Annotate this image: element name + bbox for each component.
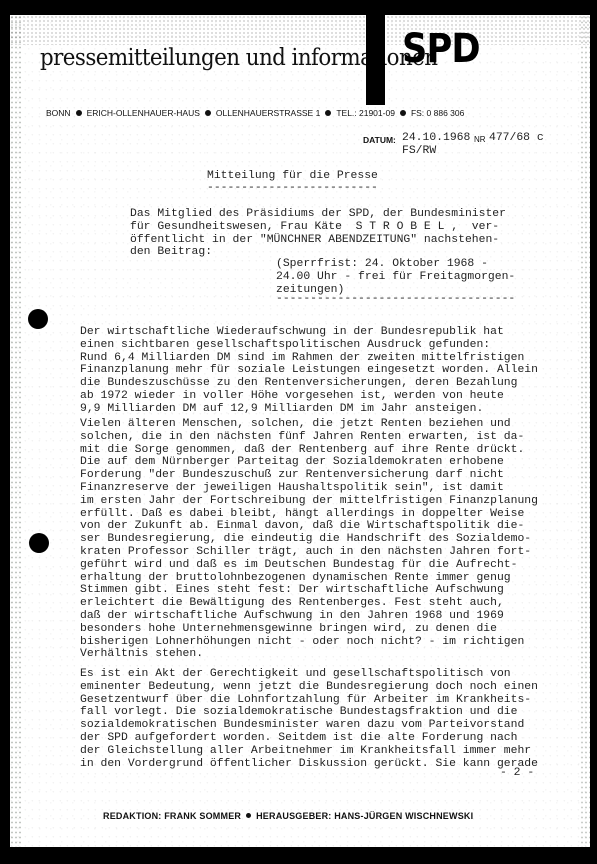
nr-value: 477/68 c [489, 132, 544, 145]
footer-credits: REDAKTION: FRANK SOMMERHERAUSGEBER: HANS… [103, 811, 473, 821]
body-paragraph: Der wirtschaftliche Wiederaufschwung in … [80, 326, 538, 416]
bullet-icon [400, 110, 406, 116]
body-paragraph: Es ist ein Akt der Gerechtigkeit und ges… [80, 668, 538, 770]
datum-label: DATUM: [363, 135, 396, 145]
footer-redaktion: REDAKTION: FRANK SOMMER [103, 811, 241, 821]
bullet-icon [325, 110, 331, 116]
nr-label: NR [474, 135, 486, 144]
address-building: ERICH-OLLENHAUER-HAUS [87, 108, 200, 118]
document-heading: Mitteilung für die Presse [207, 170, 378, 183]
heading-underline: ------------------------- [207, 182, 378, 195]
embargo-note: (Sperrfrist: 24. Oktober 1968 - 24.00 Uh… [276, 258, 515, 296]
punch-hole-icon [29, 533, 49, 553]
page-continuation-marker: - 2 - [500, 767, 534, 780]
punch-hole-icon [28, 309, 48, 329]
body-paragraph: Vielen älteren Menschen, solchen, die je… [80, 418, 538, 661]
address-phone: TEL.: 21901-09 [336, 108, 395, 118]
footer-herausgeber: HERAUSGEBER: HANS-JÜRGEN WISCHNEWSKI [256, 811, 473, 821]
scan-noise-left [10, 15, 22, 847]
masthead-divider [366, 15, 385, 105]
spd-logo: SPD [402, 26, 480, 72]
datum-value: 24.10.1968 [402, 132, 470, 145]
bullet-icon [246, 813, 251, 818]
reference-initials: FS/RW [402, 145, 436, 158]
address-street: OLLENHAUERSTRASSE 1 [216, 108, 320, 118]
embargo-underline: ----------------------------------- [276, 293, 515, 306]
address-line: BONNERICH-OLLENHAUER-HAUSOLLENHAUERSTRAS… [46, 108, 464, 118]
address-city: BONN [46, 108, 71, 118]
intro-paragraph: Das Mitglied des Präsidiums der SPD, der… [130, 208, 506, 259]
scan-noise-right [580, 15, 590, 847]
bullet-icon [76, 110, 82, 116]
bullet-icon [205, 110, 211, 116]
address-telex: FS: 0 886 306 [411, 108, 464, 118]
scan-noise-top [10, 15, 590, 45]
